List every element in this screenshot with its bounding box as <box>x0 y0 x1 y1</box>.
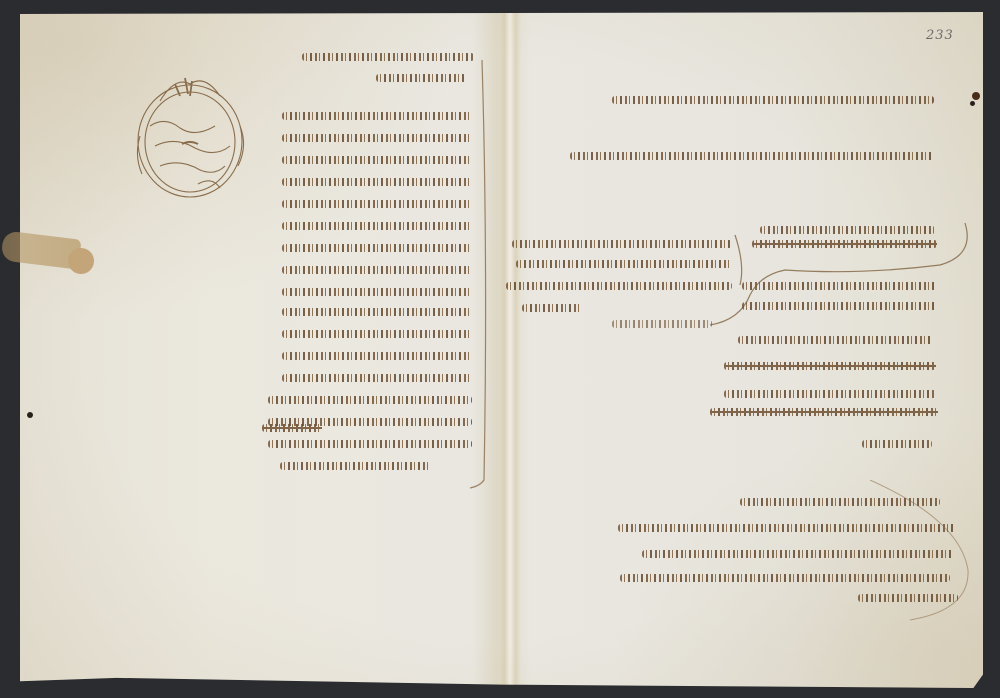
ink-dot-left <box>27 412 33 418</box>
center-fold <box>499 12 521 688</box>
ink-dot-right-2 <box>970 101 975 106</box>
ink-dot-right-1 <box>972 92 980 100</box>
ink-stain-blot <box>68 248 94 274</box>
bottom-arc <box>850 480 980 630</box>
head-sketch <box>120 66 260 206</box>
left-margin-rule <box>470 60 500 490</box>
folio-number: 233 <box>926 28 954 43</box>
bracket-curve <box>700 215 980 335</box>
